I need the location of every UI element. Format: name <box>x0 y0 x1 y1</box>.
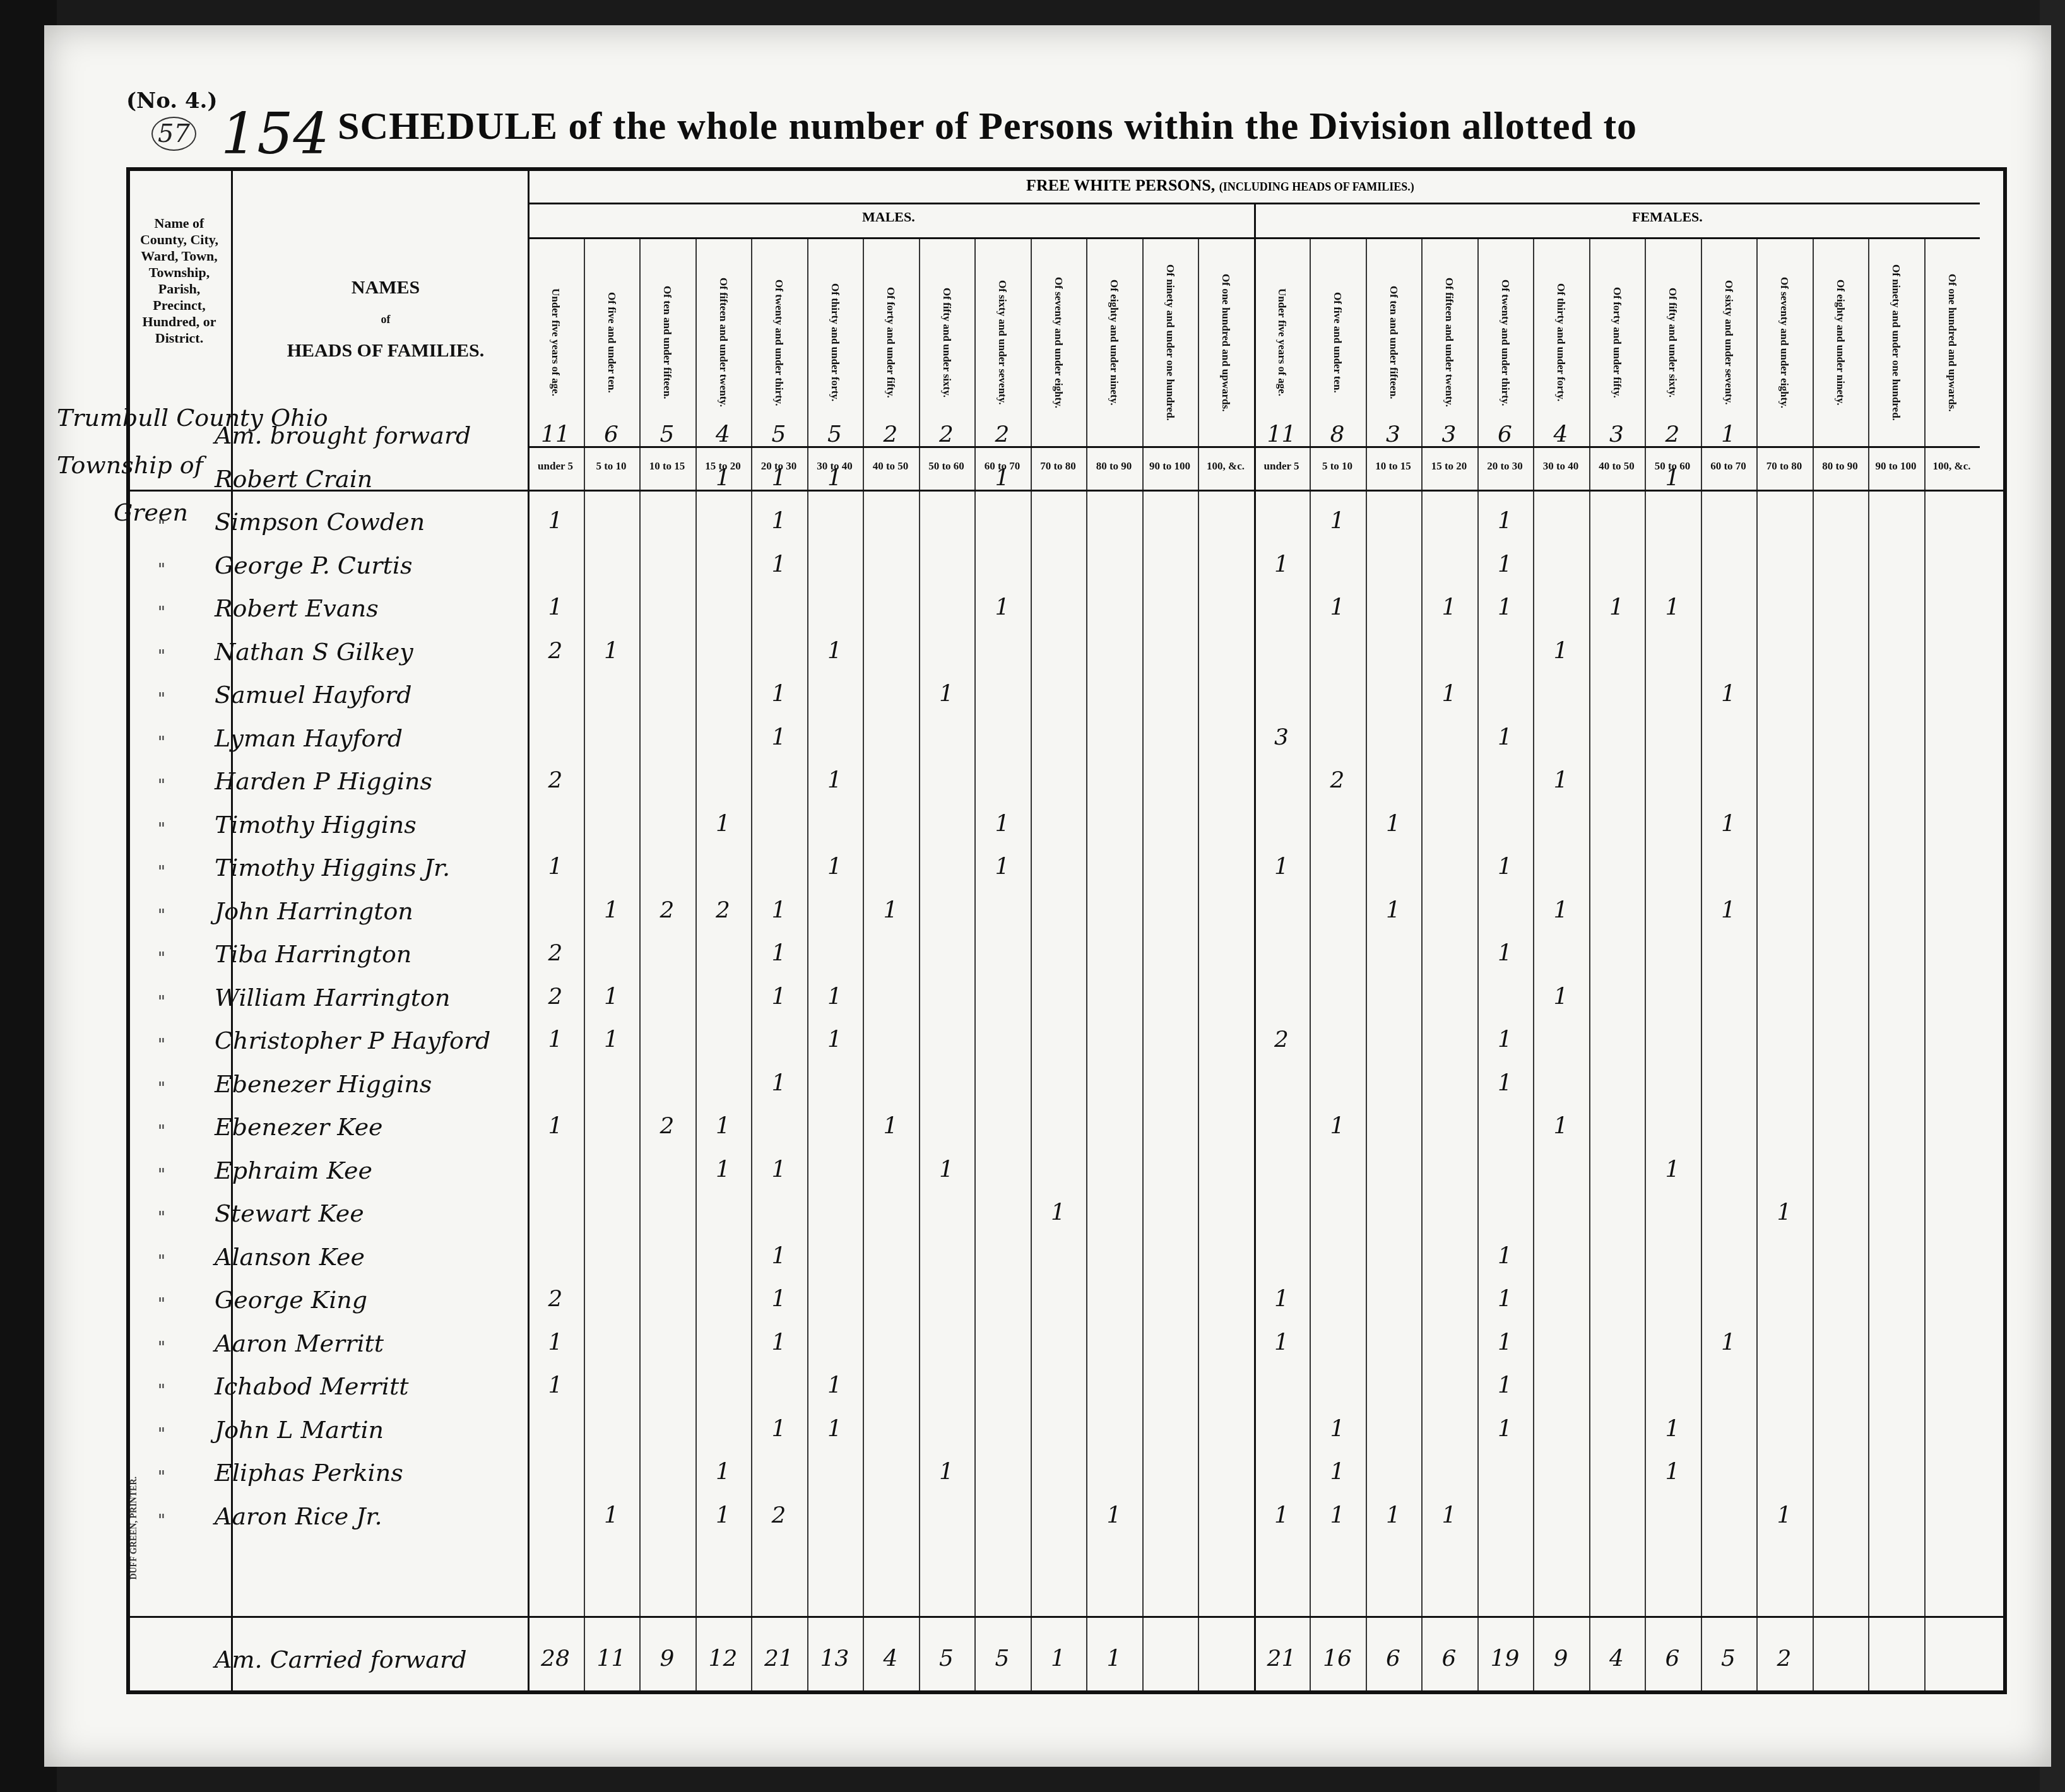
males-count-cell: 1 <box>528 854 583 880</box>
females-count-cell: 1 <box>1477 1372 1533 1398</box>
ditto-mark: " <box>158 733 165 752</box>
head-of-family-name: Robert Crain <box>215 465 372 493</box>
males-count-cell: 1 <box>528 1113 583 1139</box>
free-white-note: (INCLUDING HEADS OF FAMILIES.) <box>1219 180 1414 193</box>
males-count-cell: 1 <box>751 897 807 923</box>
names-column-header: NAMES of HEADS OF FAMILIES. <box>244 272 528 367</box>
males-age-header: Of eighty and under ninety. <box>1086 242 1142 444</box>
males-count-cell: 1 <box>807 465 863 491</box>
head-of-family-name: Harden P Higgins <box>215 767 432 795</box>
males-age-header: Of fifty and under sixty. <box>919 242 974 444</box>
females-count-cell: 21 <box>1254 1646 1310 1671</box>
males-count-cell: 5 <box>639 421 695 447</box>
females-count-cell: 5 <box>1701 1646 1756 1671</box>
males-age-range: 10 to 15 <box>639 449 695 484</box>
head-of-family-name: Aaron Rice Jr. <box>215 1502 382 1530</box>
females-count-cell: 1 <box>1477 1329 1533 1355</box>
males-age-header: Of thirty and under forty. <box>807 242 863 444</box>
head-of-family-name: Tiba Harrington <box>215 940 411 968</box>
males-count-cell: 1 <box>584 897 639 923</box>
age-header-label: Of five and under ten. <box>1331 292 1344 393</box>
ditto-mark: " <box>158 1079 165 1098</box>
females-count-cell: 1 <box>1477 1416 1533 1442</box>
page-number: 154 <box>221 101 329 167</box>
females-count-cell: 1 <box>1366 1502 1421 1528</box>
females-count-cell: 9 <box>1533 1646 1589 1671</box>
males-count-cell: 2 <box>919 421 974 447</box>
males-count-cell: 4 <box>863 1646 918 1671</box>
males-count-cell: 1 <box>974 854 1030 880</box>
age-header-label: Of ten and under fifteen. <box>661 286 673 399</box>
males-count-cell: 1 <box>584 984 639 1010</box>
females-age-header: Of fifty and under sixty. <box>1645 242 1700 444</box>
row-divider <box>528 203 1980 204</box>
ditto-mark: " <box>158 820 165 839</box>
females-age-header: Of eighty and under ninety. <box>1813 242 1868 444</box>
males-header: MALES. <box>862 209 915 225</box>
ditto-mark: " <box>158 776 165 795</box>
age-header-label: Of ten and under fifteen. <box>1387 286 1400 399</box>
age-header-label: Of one hundred and upwards. <box>1219 274 1232 411</box>
females-count-cell: 1 <box>1254 854 1310 880</box>
males-count-cell: 1 <box>528 1329 583 1355</box>
ditto-mark: " <box>158 1295 165 1314</box>
females-count-cell: 1 <box>1533 1113 1589 1139</box>
females-count-cell: 1 <box>1533 638 1589 664</box>
ditto-mark: " <box>158 1208 165 1227</box>
females-count-cell: 1 <box>1756 1200 1812 1225</box>
females-count-cell: 2 <box>1645 421 1700 447</box>
males-age-header: Of forty and under fifty. <box>863 242 918 444</box>
males-count-cell: 1 <box>528 1027 583 1052</box>
females-count-cell: 1 <box>1421 1502 1477 1528</box>
head-of-family-name: Nathan S Gilkey <box>215 638 413 666</box>
females-count-cell: 1 <box>1477 1286 1533 1312</box>
males-age-range: 5 to 10 <box>584 449 639 484</box>
females-count-cell: 1 <box>1421 594 1477 620</box>
males-count-cell: 1 <box>919 1459 974 1485</box>
males-age-range: 80 to 90 <box>1086 449 1142 484</box>
females-count-cell: 1 <box>1254 1286 1310 1312</box>
ditto-mark: " <box>158 1425 165 1444</box>
females-age-range: 40 to 50 <box>1589 449 1645 484</box>
ditto-mark: " <box>158 1252 165 1271</box>
males-count-cell: 1 <box>1031 1200 1086 1225</box>
age-header-label: Of ninety and under one hundred. <box>1890 264 1902 421</box>
ditto-mark: " <box>158 603 165 622</box>
head-of-family-name: Ephraim Kee <box>215 1157 372 1184</box>
males-age-range: 90 to 100 <box>1142 449 1198 484</box>
females-count-cell: 1 <box>1645 1157 1700 1182</box>
males-age-header: Of five and under ten. <box>584 242 639 444</box>
males-count-cell: 12 <box>695 1646 751 1671</box>
females-age-header: Of ten and under fifteen. <box>1366 242 1421 444</box>
males-count-cell: 2 <box>863 421 918 447</box>
females-count-cell: 3 <box>1421 421 1477 447</box>
males-count-cell: 1 <box>528 1372 583 1398</box>
schedule-title: SCHEDULE of the whole number of Persons … <box>338 104 1637 149</box>
age-header-label: Of five and under ten. <box>605 292 618 393</box>
males-count-cell: 2 <box>528 984 583 1010</box>
head-of-family-name: Timothy Higgins <box>215 811 417 839</box>
males-count-cell: 1 <box>584 1027 639 1052</box>
males-count-cell: 1 <box>695 1459 751 1485</box>
males-count-cell: 1 <box>751 1243 807 1269</box>
ditto-mark: " <box>158 863 165 881</box>
females-age-header: Of one hundred and upwards. <box>1924 242 1980 444</box>
males-count-cell: 1 <box>807 1027 863 1052</box>
census-table: Name of County, City, Ward, Town, Townsh… <box>126 167 2007 1694</box>
females-count-cell: 6 <box>1645 1646 1700 1671</box>
head-of-family-name: Timothy Higgins Jr. <box>215 854 450 881</box>
age-header-label: Under five years of age. <box>549 288 562 396</box>
age-header-label: Of sixty and under seventy. <box>996 280 1009 405</box>
males-count-cell: 1 <box>974 811 1030 837</box>
males-count-cell: 2 <box>974 421 1030 447</box>
males-age-header: Of fifteen and under twenty. <box>695 242 751 444</box>
females-age-header: Of forty and under fifty. <box>1589 242 1645 444</box>
sheet-number: 57 <box>151 117 196 151</box>
males-count-cell: 1 <box>695 1502 751 1528</box>
males-count-cell: 1 <box>751 1329 807 1355</box>
males-count-cell: 13 <box>807 1646 863 1671</box>
head-of-family-name: William Harrington <box>215 984 450 1011</box>
males-count-cell: 1 <box>974 465 1030 491</box>
females-count-cell: 1 <box>1701 681 1756 707</box>
females-count-cell: 1 <box>1645 594 1700 620</box>
females-age-header: Of thirty and under forty. <box>1533 242 1589 444</box>
males-count-cell: 1 <box>751 1416 807 1442</box>
head-of-family-name: George P. Curtis <box>215 551 412 579</box>
males-count-cell: 1 <box>584 638 639 664</box>
females-count-cell: 1 <box>1477 724 1533 750</box>
females-age-header: Of fifteen and under twenty. <box>1421 242 1477 444</box>
head-of-family-name: John L Martin <box>215 1416 384 1444</box>
free-white-persons-header: FREE WHITE PERSONS, (INCLUDING HEADS OF … <box>1026 176 1414 195</box>
males-count-cell: 5 <box>974 1646 1030 1671</box>
ditto-mark: " <box>158 1381 165 1400</box>
females-count-cell: 3 <box>1366 421 1421 447</box>
males-age-range: 50 to 60 <box>919 449 974 484</box>
females-age-range: 70 to 80 <box>1756 449 1812 484</box>
females-count-cell: 1 <box>1254 1329 1310 1355</box>
males-count-cell: 1 <box>807 1372 863 1398</box>
age-header-label: Of fifteen and under twenty. <box>717 278 730 407</box>
ditto-mark: " <box>158 993 165 1011</box>
names-header-line2: of <box>244 304 528 335</box>
males-count-cell: 1 <box>584 1502 639 1528</box>
township-label: Township of <box>57 451 203 479</box>
females-age-range: 80 to 90 <box>1813 449 1868 484</box>
females-count-cell: 3 <box>1589 421 1645 447</box>
head-of-family-name: Christopher P Hayford <box>215 1027 490 1054</box>
males-age-header: Of seventy and under eighty. <box>1031 242 1086 444</box>
males-count-cell: 1 <box>863 897 918 923</box>
age-header-label: Of thirty and under forty. <box>1554 283 1567 401</box>
head-of-family-name: Ebenezer Kee <box>215 1113 383 1141</box>
age-header-label: Of one hundred and upwards. <box>1946 274 1958 411</box>
males-age-header: Of sixty and under seventy. <box>974 242 1030 444</box>
males-count-cell: 1 <box>751 465 807 491</box>
head-of-family-name: Am. Carried forward <box>215 1646 467 1673</box>
males-count-cell: 2 <box>695 897 751 923</box>
males-age-header: Of ninety and under one hundred. <box>1142 242 1198 444</box>
township-name: Green <box>114 498 188 526</box>
head-of-family-name: Eliphas Perkins <box>215 1459 403 1487</box>
females-count-cell: 6 <box>1477 421 1533 447</box>
females-age-range: 15 to 20 <box>1421 449 1477 484</box>
females-count-cell: 4 <box>1533 421 1589 447</box>
ditto-mark: " <box>158 906 165 925</box>
females-count-cell: 1 <box>1756 1502 1812 1528</box>
males-count-cell: 21 <box>751 1646 807 1671</box>
ditto-mark: " <box>158 949 165 968</box>
free-white-label: FREE WHITE PERSONS, <box>1026 176 1215 194</box>
males-age-header: Of twenty and under thirty. <box>751 242 807 444</box>
males-age-range: 40 to 50 <box>863 449 918 484</box>
males-age-header: Under five years of age. <box>528 242 583 444</box>
females-count-cell: 8 <box>1310 421 1365 447</box>
males-count-cell: 1 <box>751 551 807 577</box>
ditto-mark: " <box>158 1468 165 1487</box>
females-count-cell: 1 <box>1477 551 1533 577</box>
head-of-family-name: Samuel Hayford <box>215 681 412 709</box>
head-of-family-name: Stewart Kee <box>215 1200 364 1227</box>
age-header-label: Of forty and under fifty. <box>884 287 897 398</box>
age-header-label: Of eighty and under ninety. <box>1834 280 1847 405</box>
males-count-cell: 1 <box>863 1113 918 1139</box>
females-count-cell: 1 <box>1645 1459 1700 1485</box>
males-count-cell: 1 <box>751 1070 807 1096</box>
ditto-mark: " <box>158 1511 165 1530</box>
females-age-header: Of twenty and under thirty. <box>1477 242 1533 444</box>
females-age-range: 100, &c. <box>1924 449 1980 484</box>
females-count-cell: 3 <box>1254 724 1310 750</box>
males-count-cell: 1 <box>807 984 863 1010</box>
males-count-cell: 1 <box>974 594 1030 620</box>
males-count-cell: 1 <box>751 508 807 534</box>
females-count-cell: 1 <box>1477 508 1533 534</box>
males-count-cell: 1 <box>695 465 751 491</box>
age-header-label: Of thirty and under forty. <box>829 283 841 401</box>
males-count-cell: 1 <box>695 811 751 837</box>
males-count-cell: 1 <box>751 1157 807 1182</box>
ditto-mark: " <box>158 1122 165 1141</box>
names-header-line1: NAMES <box>244 272 528 304</box>
males-age-header: Of one hundred and upwards. <box>1198 242 1253 444</box>
ditto-mark: " <box>158 1035 165 1054</box>
head-of-family-name: Aaron Merritt <box>215 1329 384 1357</box>
head-of-family-name: John Harrington <box>215 897 413 925</box>
age-header-label: Of twenty and under thirty. <box>772 280 785 406</box>
males-age-range: 70 to 80 <box>1031 449 1086 484</box>
males-count-cell: 1 <box>751 724 807 750</box>
males-count-cell: 1 <box>751 984 807 1010</box>
males-count-cell: 9 <box>639 1646 695 1671</box>
females-count-cell: 11 <box>1254 421 1310 447</box>
females-count-cell: 1 <box>1310 594 1365 620</box>
females-count-cell: 6 <box>1366 1646 1421 1671</box>
head-of-family-name: Ebenezer Higgins <box>215 1070 432 1098</box>
age-header-label: Of seventy and under eighty. <box>1052 277 1065 408</box>
ditto-mark: " <box>158 1165 165 1184</box>
females-count-cell: 1 <box>1701 421 1756 447</box>
males-count-cell: 1 <box>1086 1646 1142 1671</box>
form-number: (No. 4.) <box>126 88 218 114</box>
age-header-label: Of fifty and under sixty. <box>940 288 953 398</box>
males-count-cell: 1 <box>919 681 974 707</box>
males-count-cell: 5 <box>751 421 807 447</box>
females-count-cell: 1 <box>1533 767 1589 793</box>
females-age-range: under 5 <box>1254 449 1310 484</box>
names-header-line3: HEADS OF FAMILIES. <box>244 335 528 367</box>
males-count-cell: 1 <box>751 681 807 707</box>
females-count-cell: 4 <box>1589 1646 1645 1671</box>
females-header: FEMALES. <box>1632 209 1703 225</box>
females-count-cell: 1 <box>1701 1329 1756 1355</box>
females-count-cell: 1 <box>1701 811 1756 837</box>
county-column-header: Name of County, City, Ward, Town, Townsh… <box>135 215 223 346</box>
row-divider <box>130 1616 2003 1618</box>
age-header-label: Of twenty and under thirty. <box>1499 280 1512 406</box>
females-age-range: 60 to 70 <box>1701 449 1756 484</box>
ditto-mark: " <box>158 647 165 666</box>
females-count-cell: 1 <box>1589 594 1645 620</box>
males-count-cell: 2 <box>528 638 583 664</box>
females-count-cell: 1 <box>1254 1502 1310 1528</box>
males-count-cell: 11 <box>528 421 583 447</box>
ditto-mark: " <box>158 1338 165 1357</box>
females-count-cell: 1 <box>1310 1502 1365 1528</box>
males-count-cell: 11 <box>584 1646 639 1671</box>
females-count-cell: 1 <box>1477 940 1533 966</box>
males-count-cell: 1 <box>695 1157 751 1182</box>
row-divider <box>528 237 1980 239</box>
males-count-cell: 5 <box>919 1646 974 1671</box>
ditto-mark: " <box>158 560 165 579</box>
males-count-cell: 1 <box>807 854 863 880</box>
females-count-cell: 1 <box>1310 508 1365 534</box>
age-header-label: Of seventy and under eighty. <box>1778 277 1790 408</box>
females-count-cell: 1 <box>1533 897 1589 923</box>
head-of-family-name: Robert Evans <box>215 594 379 622</box>
head-of-family-name: Lyman Hayford <box>215 724 403 752</box>
females-count-cell: 1 <box>1477 1243 1533 1269</box>
females-count-cell: 1 <box>1421 681 1477 707</box>
males-count-cell: 1 <box>807 638 863 664</box>
females-count-cell: 19 <box>1477 1646 1533 1671</box>
males-age-header: Of ten and under fifteen. <box>639 242 695 444</box>
females-age-range: 10 to 15 <box>1366 449 1421 484</box>
males-count-cell: 2 <box>528 940 583 966</box>
age-header-label: Of ninety and under one hundred. <box>1164 264 1176 421</box>
females-count-cell: 1 <box>1533 984 1589 1010</box>
males-count-cell: 1 <box>751 1286 807 1312</box>
head-of-family-name: Alanson Kee <box>215 1243 365 1271</box>
head-of-family-name: George King <box>215 1286 367 1314</box>
males-count-cell: 1 <box>1086 1502 1142 1528</box>
females-age-header: Of ninety and under one hundred. <box>1868 242 1924 444</box>
age-header-label: Of fifteen and under twenty. <box>1443 278 1455 407</box>
females-count-cell: 1 <box>1366 897 1421 923</box>
females-count-cell: 2 <box>1310 767 1365 793</box>
males-count-cell: 1 <box>1031 1646 1086 1671</box>
age-header-label: Of forty and under fifty. <box>1611 287 1623 398</box>
age-header-label: Of sixty and under seventy. <box>1722 280 1735 405</box>
males-count-cell: 1 <box>695 1113 751 1139</box>
females-age-header: Of sixty and under seventy. <box>1701 242 1756 444</box>
males-count-cell: 1 <box>807 767 863 793</box>
head-of-family-name: Am. brought forward <box>215 421 471 449</box>
males-count-cell: 5 <box>807 421 863 447</box>
females-age-range: 30 to 40 <box>1533 449 1589 484</box>
females-count-cell: 1 <box>1477 594 1533 620</box>
ditto-mark: " <box>158 690 165 709</box>
males-count-cell: 1 <box>807 1416 863 1442</box>
females-count-cell: 1 <box>1310 1113 1365 1139</box>
females-count-cell: 1 <box>1477 854 1533 880</box>
males-count-cell: 1 <box>919 1157 974 1182</box>
males-age-range: 100, &c. <box>1198 449 1253 484</box>
head-of-family-name: Simpson Cowden <box>215 508 425 536</box>
females-age-header: Of five and under ten. <box>1310 242 1365 444</box>
males-count-cell: 6 <box>584 421 639 447</box>
females-count-cell: 1 <box>1366 811 1421 837</box>
females-age-range: 90 to 100 <box>1868 449 1924 484</box>
males-count-cell: 1 <box>528 508 583 534</box>
head-of-family-name: Ichabod Merritt <box>215 1372 408 1400</box>
females-count-cell: 1 <box>1254 551 1310 577</box>
males-count-cell: 1 <box>528 594 583 620</box>
males-count-cell: 28 <box>528 1646 583 1671</box>
females-count-cell: 1 <box>1477 1027 1533 1052</box>
females-count-cell: 1 <box>1645 1416 1700 1442</box>
age-header-label: Of eighty and under ninety. <box>1108 280 1120 405</box>
females-count-cell: 2 <box>1254 1027 1310 1052</box>
females-age-header: Of seventy and under eighty. <box>1756 242 1812 444</box>
males-count-cell: 2 <box>639 897 695 923</box>
males-count-cell: 4 <box>695 421 751 447</box>
females-count-cell: 1 <box>1645 465 1700 491</box>
printer-credit: DUFF GREEN, PRINTER. <box>129 1477 139 1580</box>
males-age-range: under 5 <box>528 449 583 484</box>
males-count-cell: 1 <box>751 940 807 966</box>
males-count-cell: 2 <box>528 767 583 793</box>
age-header-label: Under five years of age. <box>1275 288 1288 396</box>
females-count-cell: 1 <box>1701 897 1756 923</box>
females-count-cell: 1 <box>1477 1070 1533 1096</box>
males-count-cell: 2 <box>751 1502 807 1528</box>
females-age-header: Under five years of age. <box>1254 242 1310 444</box>
females-count-cell: 1 <box>1310 1416 1365 1442</box>
females-count-cell: 1 <box>1310 1459 1365 1485</box>
females-count-cell: 16 <box>1310 1646 1365 1671</box>
age-header-label: Of fifty and under sixty. <box>1666 288 1679 398</box>
females-count-cell: 6 <box>1421 1646 1477 1671</box>
females-count-cell: 2 <box>1756 1646 1812 1671</box>
males-count-cell: 2 <box>528 1286 583 1312</box>
females-age-range: 20 to 30 <box>1477 449 1533 484</box>
ditto-mark: " <box>158 517 165 536</box>
females-age-range: 5 to 10 <box>1310 449 1365 484</box>
males-count-cell: 2 <box>639 1113 695 1139</box>
row-divider <box>130 490 2003 492</box>
